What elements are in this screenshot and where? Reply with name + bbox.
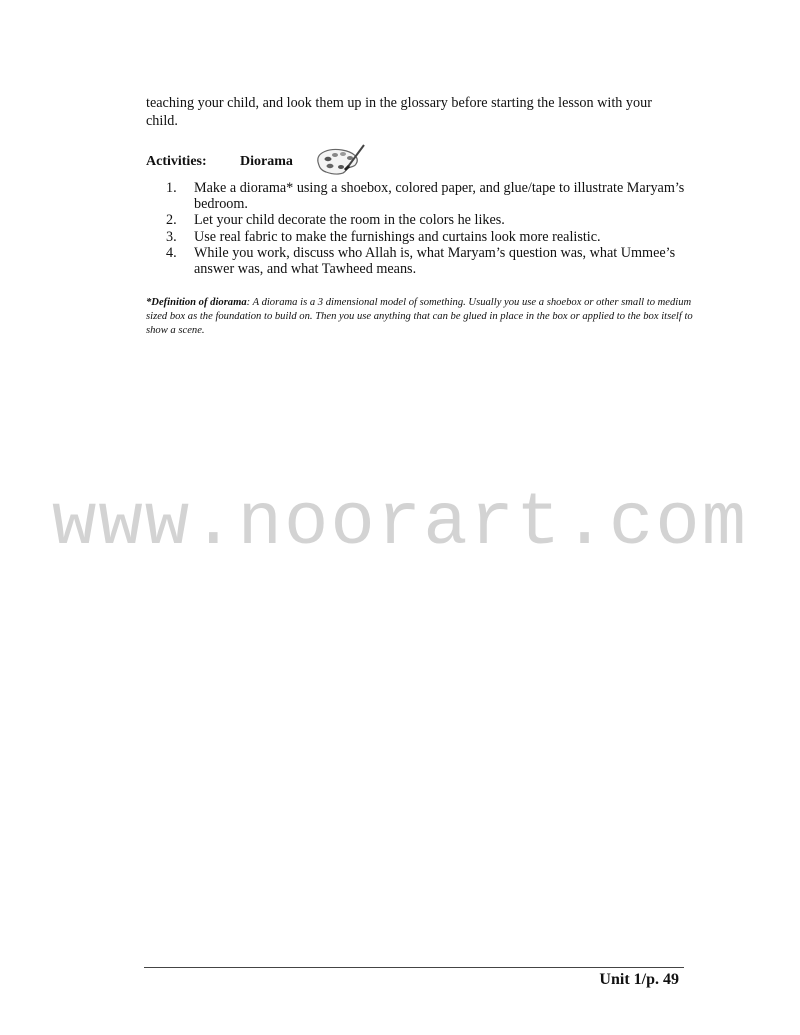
step-text: Let your child decorate the room in the … xyxy=(194,212,505,228)
step-number: 4. xyxy=(166,245,194,277)
step-text: While you work, discuss who Allah is, wh… xyxy=(194,245,686,277)
step-text: Use real fabric to make the furnishings … xyxy=(194,229,601,245)
activity-title: Diorama xyxy=(240,154,314,170)
intro-paragraph: teaching your child, and look them up in… xyxy=(146,94,686,130)
list-item: 4. While you work, discuss who Allah is,… xyxy=(166,245,686,277)
list-item: 2. Let your child decorate the room in t… xyxy=(166,212,686,228)
footer-divider xyxy=(144,967,684,968)
activity-steps-list: 1. Make a diorama* using a shoebox, colo… xyxy=(166,180,686,277)
activities-heading: Activities: Diorama xyxy=(146,146,368,178)
definition-term: *Definition of diorama xyxy=(146,297,247,308)
step-number: 3. xyxy=(166,229,194,245)
activities-label: Activities: xyxy=(146,154,240,170)
step-number: 1. xyxy=(166,180,194,212)
list-item: 3. Use real fabric to make the furnishin… xyxy=(166,229,686,245)
step-number: 2. xyxy=(166,212,194,228)
watermark: www.noorart.com xyxy=(0,494,800,554)
page-number: Unit 1/p. 49 xyxy=(599,971,679,989)
diorama-definition: *Definition of diorama: A diorama is a 3… xyxy=(146,296,706,338)
paint-palette-icon xyxy=(314,142,368,178)
list-item: 1. Make a diorama* using a shoebox, colo… xyxy=(166,180,686,212)
step-text: Make a diorama* using a shoebox, colored… xyxy=(194,180,686,212)
